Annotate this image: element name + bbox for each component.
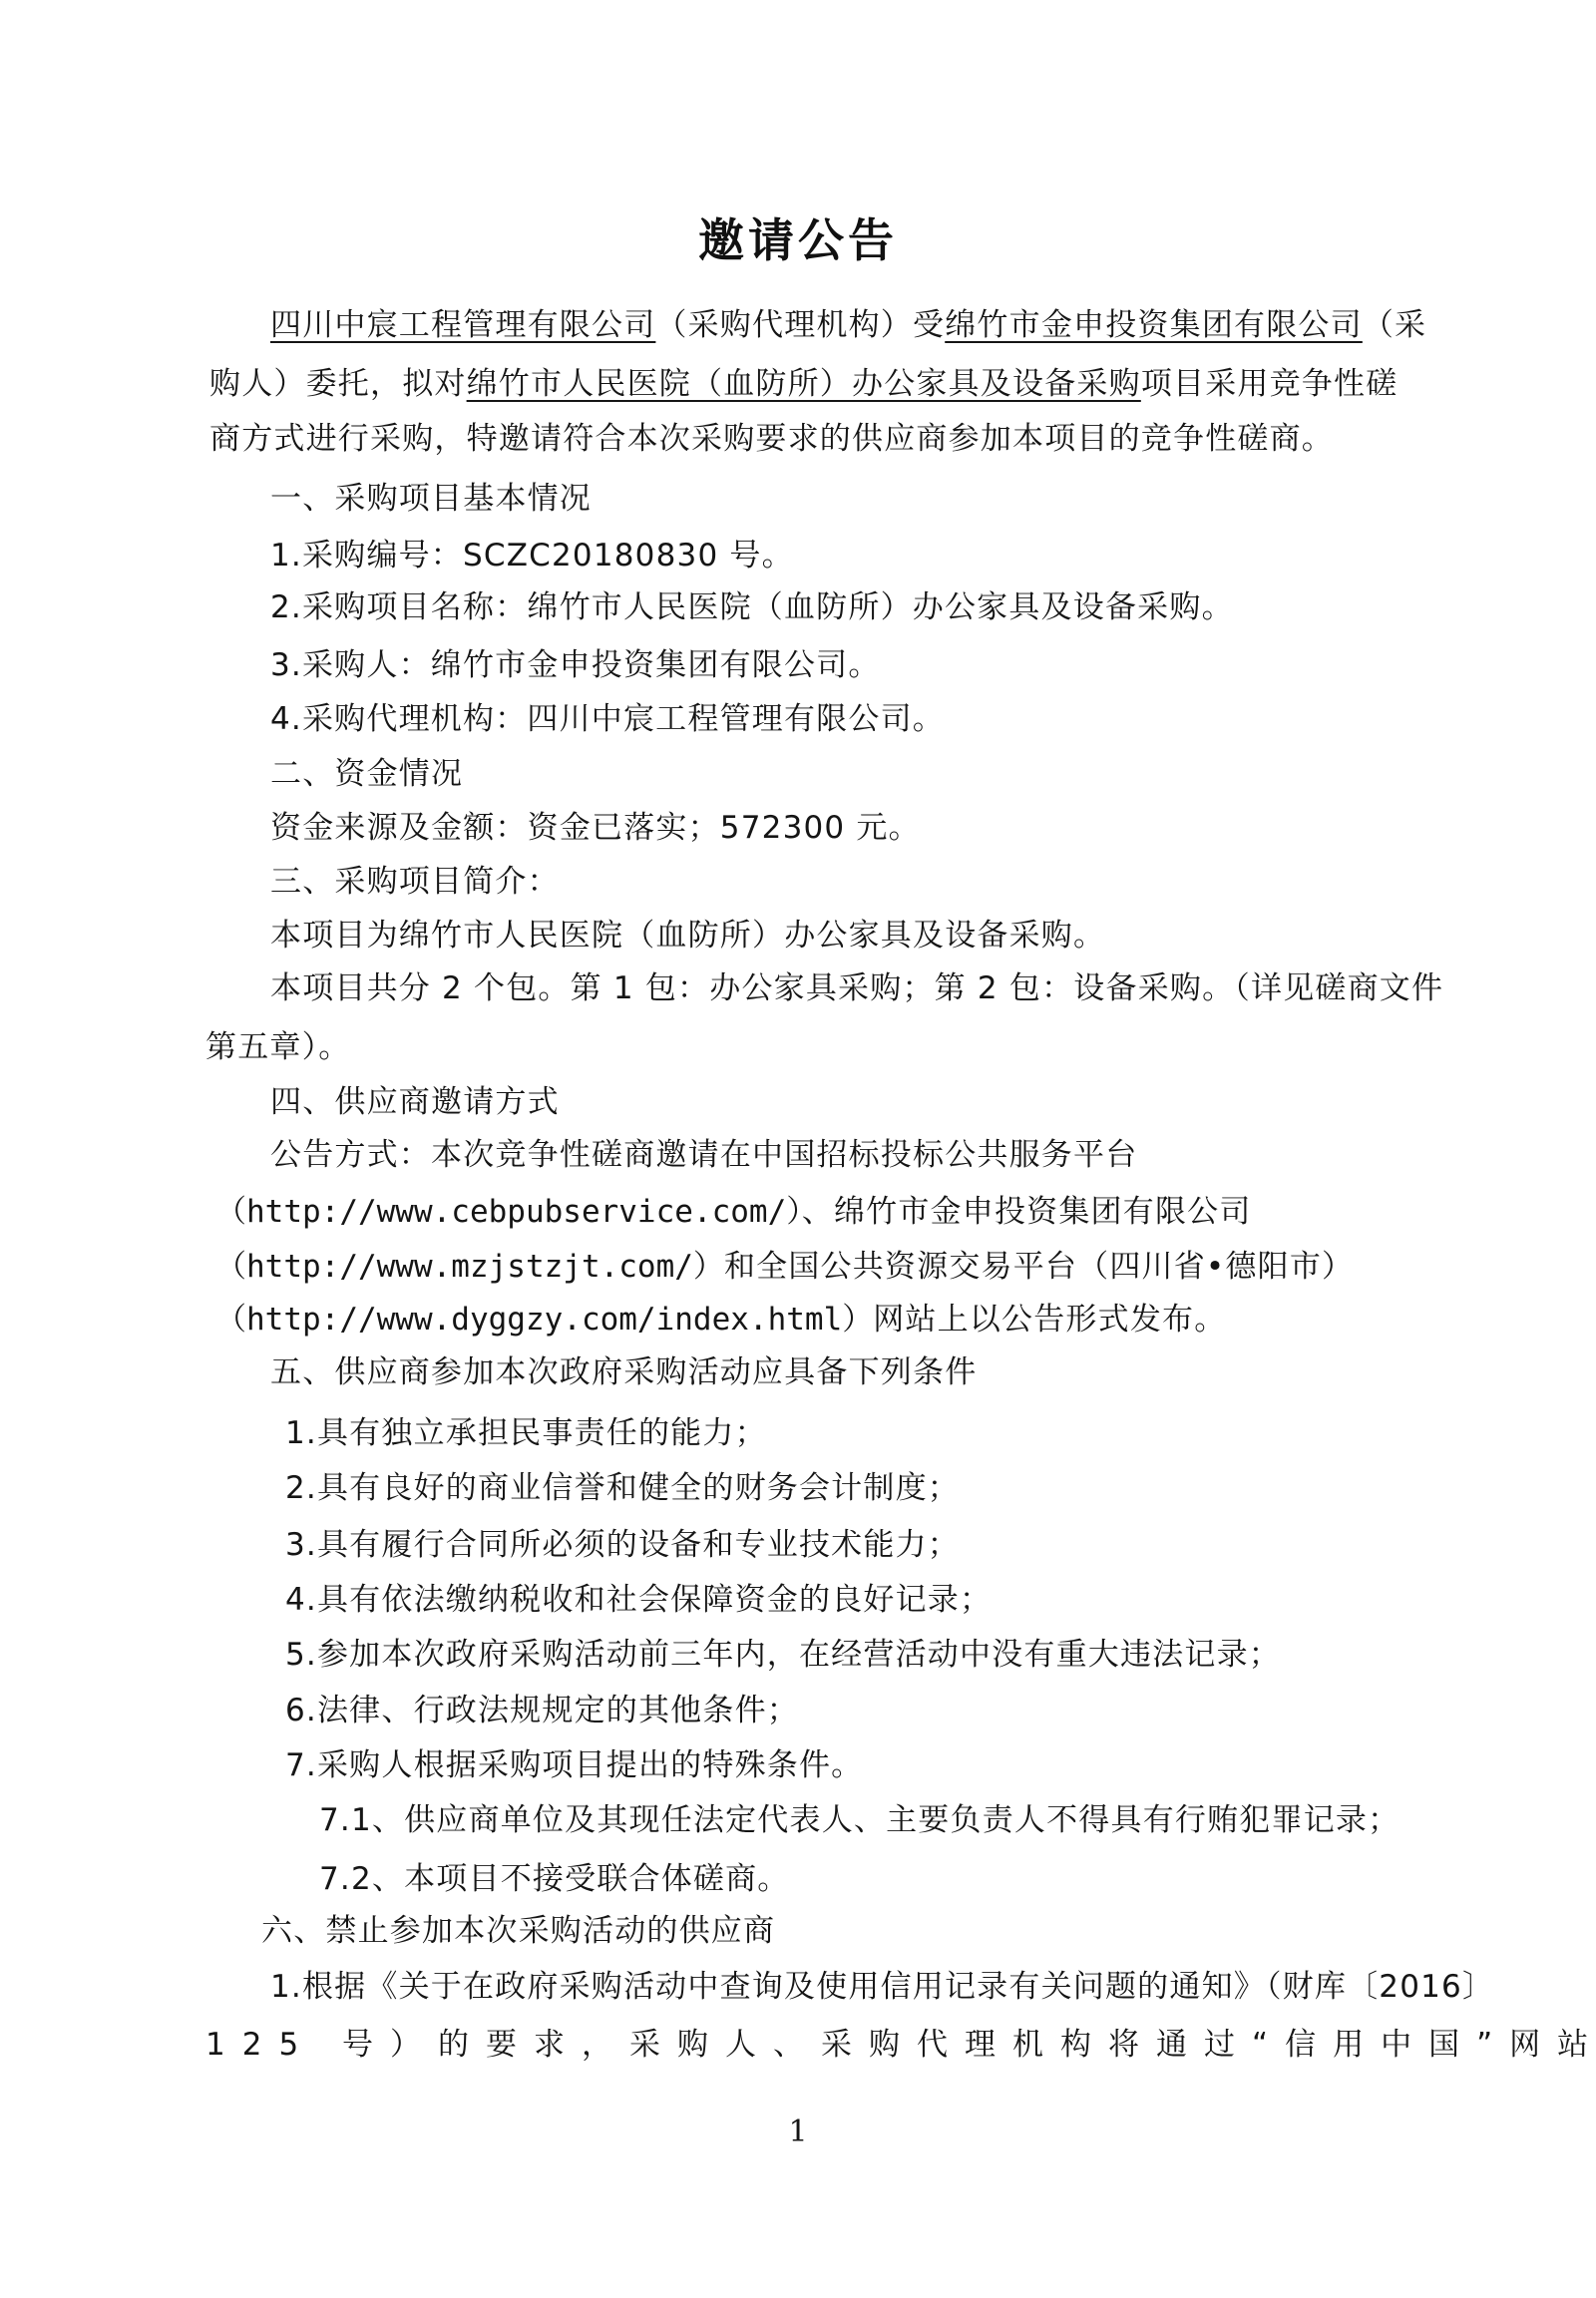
list-item: 4.采购代理机构：四川中宸工程管理有限公司。 [270, 699, 945, 739]
url-link: （http://www.cebpubservice.com/） [215, 1194, 802, 1230]
intro-line-2: 购人）委托，拟对绵竹市人民医院（血防所）办公家具及设备采购项目采用竞争性磋 [209, 364, 1397, 404]
list-item: 3.具有履行合同所必须的设备和专业技术能力； [285, 1525, 960, 1565]
paragraph: 本项目共分 2 个包。第 1 包：办公家具采购；第 2 包：设备采购。（详见磋商… [270, 968, 1443, 1008]
paragraph: （http://www.dyggzy.com/index.html）网站上以公告… [215, 1300, 1226, 1340]
section-heading: 二、资金情况 [270, 754, 463, 794]
section-heading: 四、供应商邀请方式 [270, 1082, 560, 1122]
paragraph: 125 号）的要求，采购人、采购代理机构将通过“信用中国”网站 [205, 2025, 1596, 2065]
paragraph: 第五章）。 [205, 1027, 351, 1067]
list-item: 2.具有良好的商业信誉和健全的财务会计制度； [285, 1468, 960, 1508]
paragraph: （http://www.mzjstzjt.com/）和全国公共资源交易平台（四川… [215, 1247, 1354, 1287]
agent-name: 四川中宸工程管理有限公司 [270, 307, 655, 343]
sub-list-item: 7.1、供应商单位及其现任法定代表人、主要负责人不得具有行贿犯罪记录； [319, 1800, 1399, 1840]
list-item: 5.参加本次政府采购活动前三年内，在经营活动中没有重大违法记录； [285, 1635, 1281, 1675]
page-number: 1 [0, 2114, 1596, 2149]
paragraph: 本项目为绵竹市人民医院（血防所）办公家具及设备采购。 [270, 916, 1105, 956]
buyer-name: 绵竹市金申投资集团有限公司 [945, 307, 1363, 343]
page-title: 邀请公告 [0, 204, 1596, 270]
list-item: 7.采购人根据采购项目提出的特殊条件。 [285, 1745, 863, 1785]
paragraph: （http://www.cebpubservice.com/）、绵竹市金申投资集… [215, 1192, 1252, 1232]
paragraph: 资金来源及金额：资金已落实；572300 元。 [270, 808, 921, 848]
paragraph: 1.根据《关于在政府采购活动中查询及使用信用记录有关问题的通知》（财库〔2016… [270, 1967, 1494, 2007]
document-page: 邀请公告 四川中宸工程管理有限公司（采购代理机构）受绵竹市金申投资集团有限公司（… [0, 0, 1596, 2298]
section-heading: 六、禁止参加本次采购活动的供应商 [261, 1911, 775, 1951]
list-item: 6.法律、行政法规规定的其他条件； [285, 1691, 799, 1730]
section-heading: 五、供应商参加本次政府采购活动应具备下列条件 [270, 1352, 977, 1392]
section-heading: 一、采购项目基本情况 [270, 479, 592, 519]
intro-line-1: 四川中宸工程管理有限公司（采购代理机构）受绵竹市金申投资集团有限公司（采 [270, 305, 1426, 345]
list-item: 1.具有独立承担民事责任的能力； [285, 1413, 767, 1453]
project-name: 绵竹市人民医院（血防所）办公家具及设备采购 [467, 366, 1141, 402]
list-item: 2.采购项目名称：绵竹市人民医院（血防所）办公家具及设备采购。 [270, 587, 1234, 627]
intro-line-3: 商方式进行采购，特邀请符合本次采购要求的供应商参加本项目的竞争性磋商。 [209, 419, 1334, 459]
url-link: （http://www.dyggzy.com/index.html） [215, 1302, 873, 1338]
paragraph: 公告方式：本次竞争性磋商邀请在中国招标投标公共服务平台 [270, 1135, 1137, 1175]
sub-list-item: 7.2、本项目不接受联合体磋商。 [319, 1859, 790, 1899]
list-item: 1.采购编号：SCZC20180830 号。 [270, 536, 794, 575]
url-link: （http://www.mzjstzjt.com/） [215, 1249, 724, 1285]
list-item: 4.具有依法缴纳税收和社会保障资金的良好记录； [285, 1580, 992, 1620]
list-item: 3.采购人：绵竹市金申投资集团有限公司。 [270, 645, 881, 685]
section-heading: 三、采购项目简介： [270, 862, 560, 902]
